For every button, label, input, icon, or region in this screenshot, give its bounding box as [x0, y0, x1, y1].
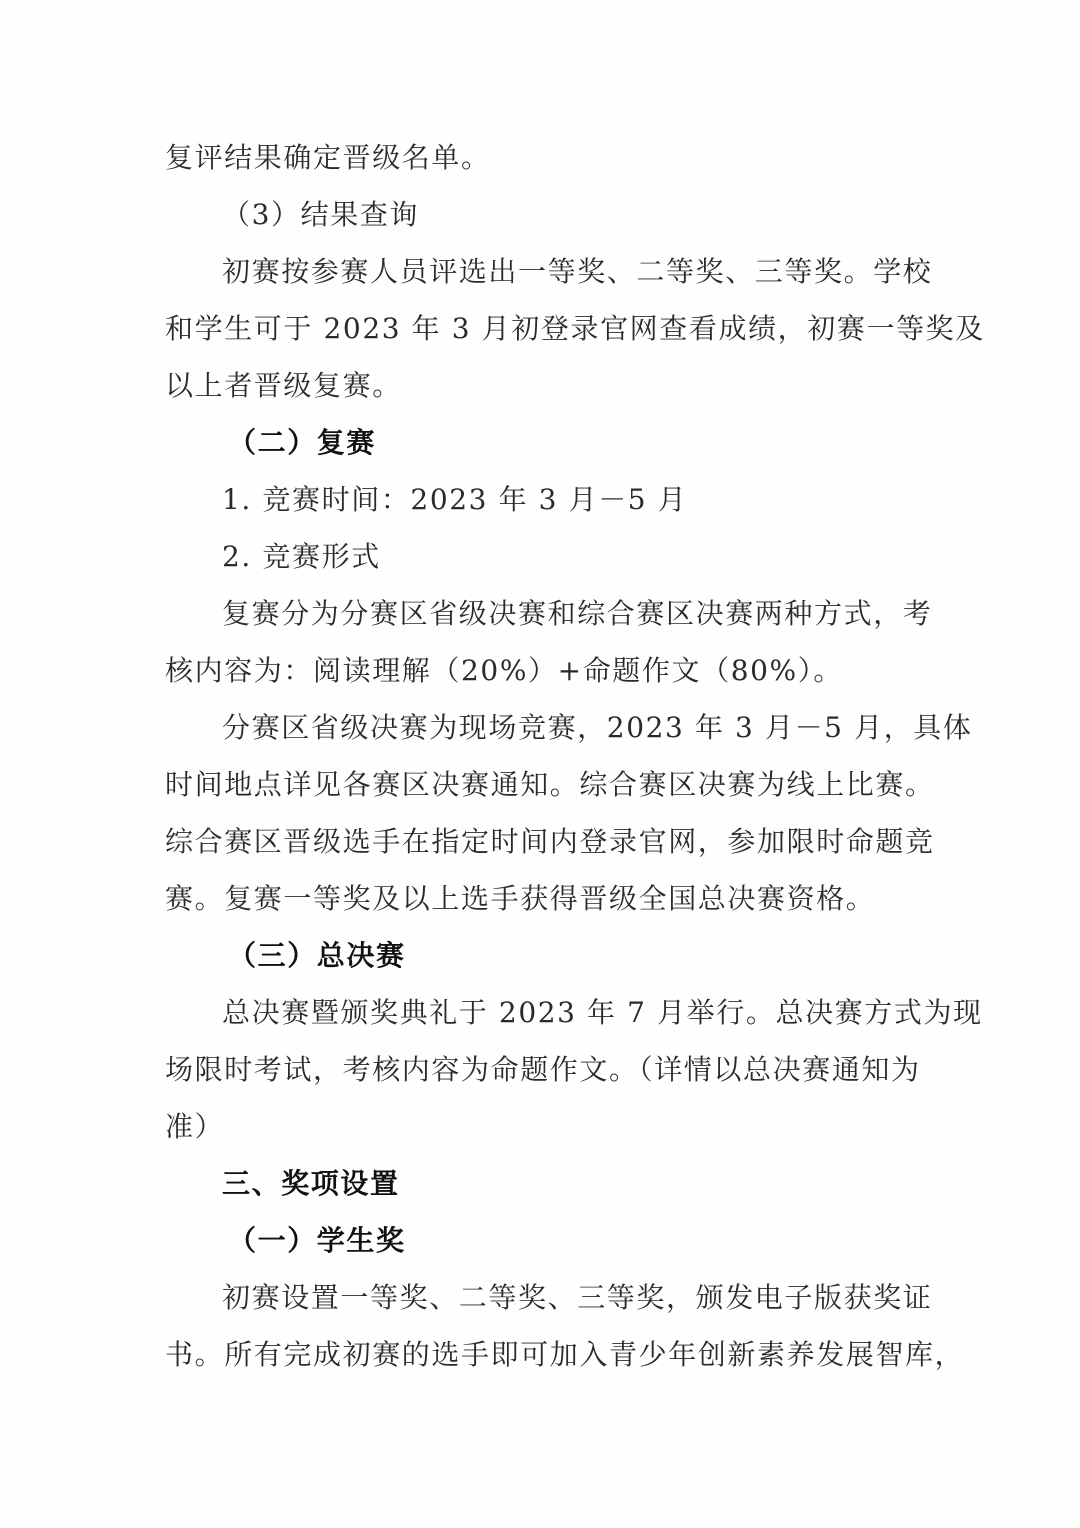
text-line: 分赛区省级决赛为现场竞赛，2023 年 3 月－5 月，具体 [222, 708, 920, 748]
text-line: 书。所有完成初赛的选手即可加入青少年创新素养发展智库， [165, 1335, 920, 1375]
text-line: 场限时考试，考核内容为命题作文。（详情以总决赛通知为 [165, 1050, 920, 1090]
document-page: 复评结果确定晋级名单。 （3）结果查询 初赛按参赛人员评选出一等奖、二等奖、三等… [0, 0, 1080, 1528]
section-heading-final: （三）总决赛 [228, 936, 983, 976]
text-line: 准） [165, 1107, 920, 1147]
text-line: 和学生可于 2023 年 3 月初登录官网查看成绩，初赛一等奖及 [165, 309, 920, 349]
text-line: 核内容为：阅读理解（20%）+命题作文（80%）。 [165, 651, 920, 691]
text-line: 时间地点详见各赛区决赛通知。综合赛区决赛为线上比赛。 [165, 765, 920, 805]
section-heading-semifinal: （二）复赛 [228, 423, 983, 463]
text-line: 2. 竞赛形式 [222, 537, 920, 577]
text-line: 总决赛暨颁奖典礼于 2023 年 7 月举行。总决赛方式为现 [222, 993, 920, 1033]
text-line: 1. 竞赛时间：2023 年 3 月－5 月 [222, 480, 920, 520]
section-heading-student-awards: （一）学生奖 [228, 1221, 983, 1261]
text-line: 复赛分为分赛区省级决赛和综合赛区决赛两种方式，考 [222, 594, 920, 634]
text-line: 综合赛区晋级选手在指定时间内登录官网，参加限时命题竞 [165, 822, 920, 862]
section-heading-awards: 三、奖项设置 [222, 1164, 920, 1204]
text-line: 复评结果确定晋级名单。 [165, 138, 920, 178]
text-line: 初赛按参赛人员评选出一等奖、二等奖、三等奖。学校 [222, 252, 920, 292]
subheading-result-query: （3）结果查询 [222, 195, 920, 235]
text-line: 以上者晋级复赛。 [165, 366, 920, 406]
text-line: 初赛设置一等奖、二等奖、三等奖，颁发电子版获奖证 [222, 1278, 920, 1318]
text-line: 赛。复赛一等奖及以上选手获得晋级全国总决赛资格。 [165, 879, 920, 919]
